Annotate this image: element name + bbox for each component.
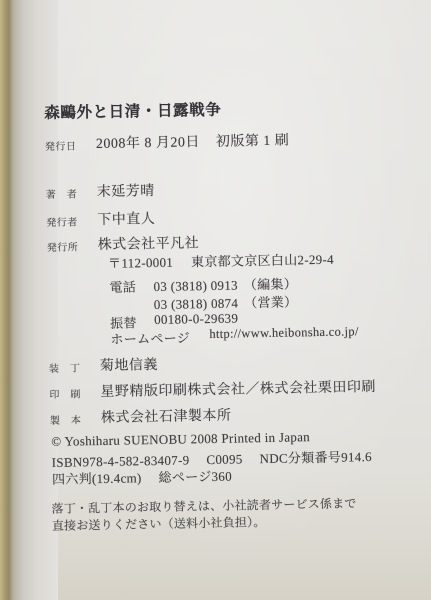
binding-label: 製 本 [50,411,82,427]
author-name: 末延芳晴 [97,180,155,201]
postal-code: 〒112-0001 [108,252,173,272]
design-name: 菊地信義 [100,354,158,375]
book-colophon-page-photo: 森鷗外と日清・日露戦争 発行日 2008年 8 月20日初版第 1 刷 著 者 … [0,0,431,600]
issue-date: 2008年 8 月20日初版第 1 刷 [96,130,290,154]
phone-sales-note: （営業） [244,294,297,310]
publisher-person-row: 発行者 下中直人 [46,203,406,230]
phone-sales-digits: 03 (3818) 0874 [154,295,239,312]
publisher-address: 東京都文京区白山2-29-4 [191,249,334,271]
design-row: 装 丁 菊地信義 [49,349,409,376]
phone-editorial-digits: 03 (3818) 0913 [153,277,238,294]
author-row: 著 者 末延芳晴 [46,175,406,202]
transfer-number: 00180-0-29639 [154,310,238,328]
printing-row: 印 刷 星野精版印刷株式会社／株式会社栗田印刷 [49,375,409,402]
binding-name: 株式会社石津製本所 [101,405,232,427]
binding-row: 製 本 株式会社石津製本所 [50,401,410,428]
book-title: 森鷗外と日清・日露戦争 [44,98,221,123]
phone-editorial-note: （編集） [244,276,297,292]
issue-edition: 初版第 1 刷 [216,134,290,150]
printing-name: 星野精版印刷株式会社／株式会社栗田印刷 [100,376,376,401]
author-label: 著 者 [46,185,78,201]
design-label: 装 丁 [49,359,81,375]
publisher-person-label: 発行者 [46,213,78,229]
page-count: 総ページ360 [158,469,232,485]
publisher-label: 発行所 [47,238,79,254]
phone-label: 電話 [109,276,136,295]
publisher-person-name: 下中直人 [97,208,155,229]
book-format: 四六判(19.4cm) [52,470,142,487]
issue-row: 発行日 2008年 8 月20日初版第 1 刷 [45,127,405,154]
printing-label: 印 刷 [49,385,81,401]
issue-label: 発行日 [45,137,77,153]
colophon-content: 森鷗外と日清・日露戦争 発行日 2008年 8 月20日初版第 1 刷 著 者 … [44,89,413,576]
issue-date-text: 2008年 8 月20日 [96,135,200,152]
homepage-url: http://www.heibonsha.co.jp/ [209,324,359,342]
homepage-label: ホームページ [110,327,190,347]
